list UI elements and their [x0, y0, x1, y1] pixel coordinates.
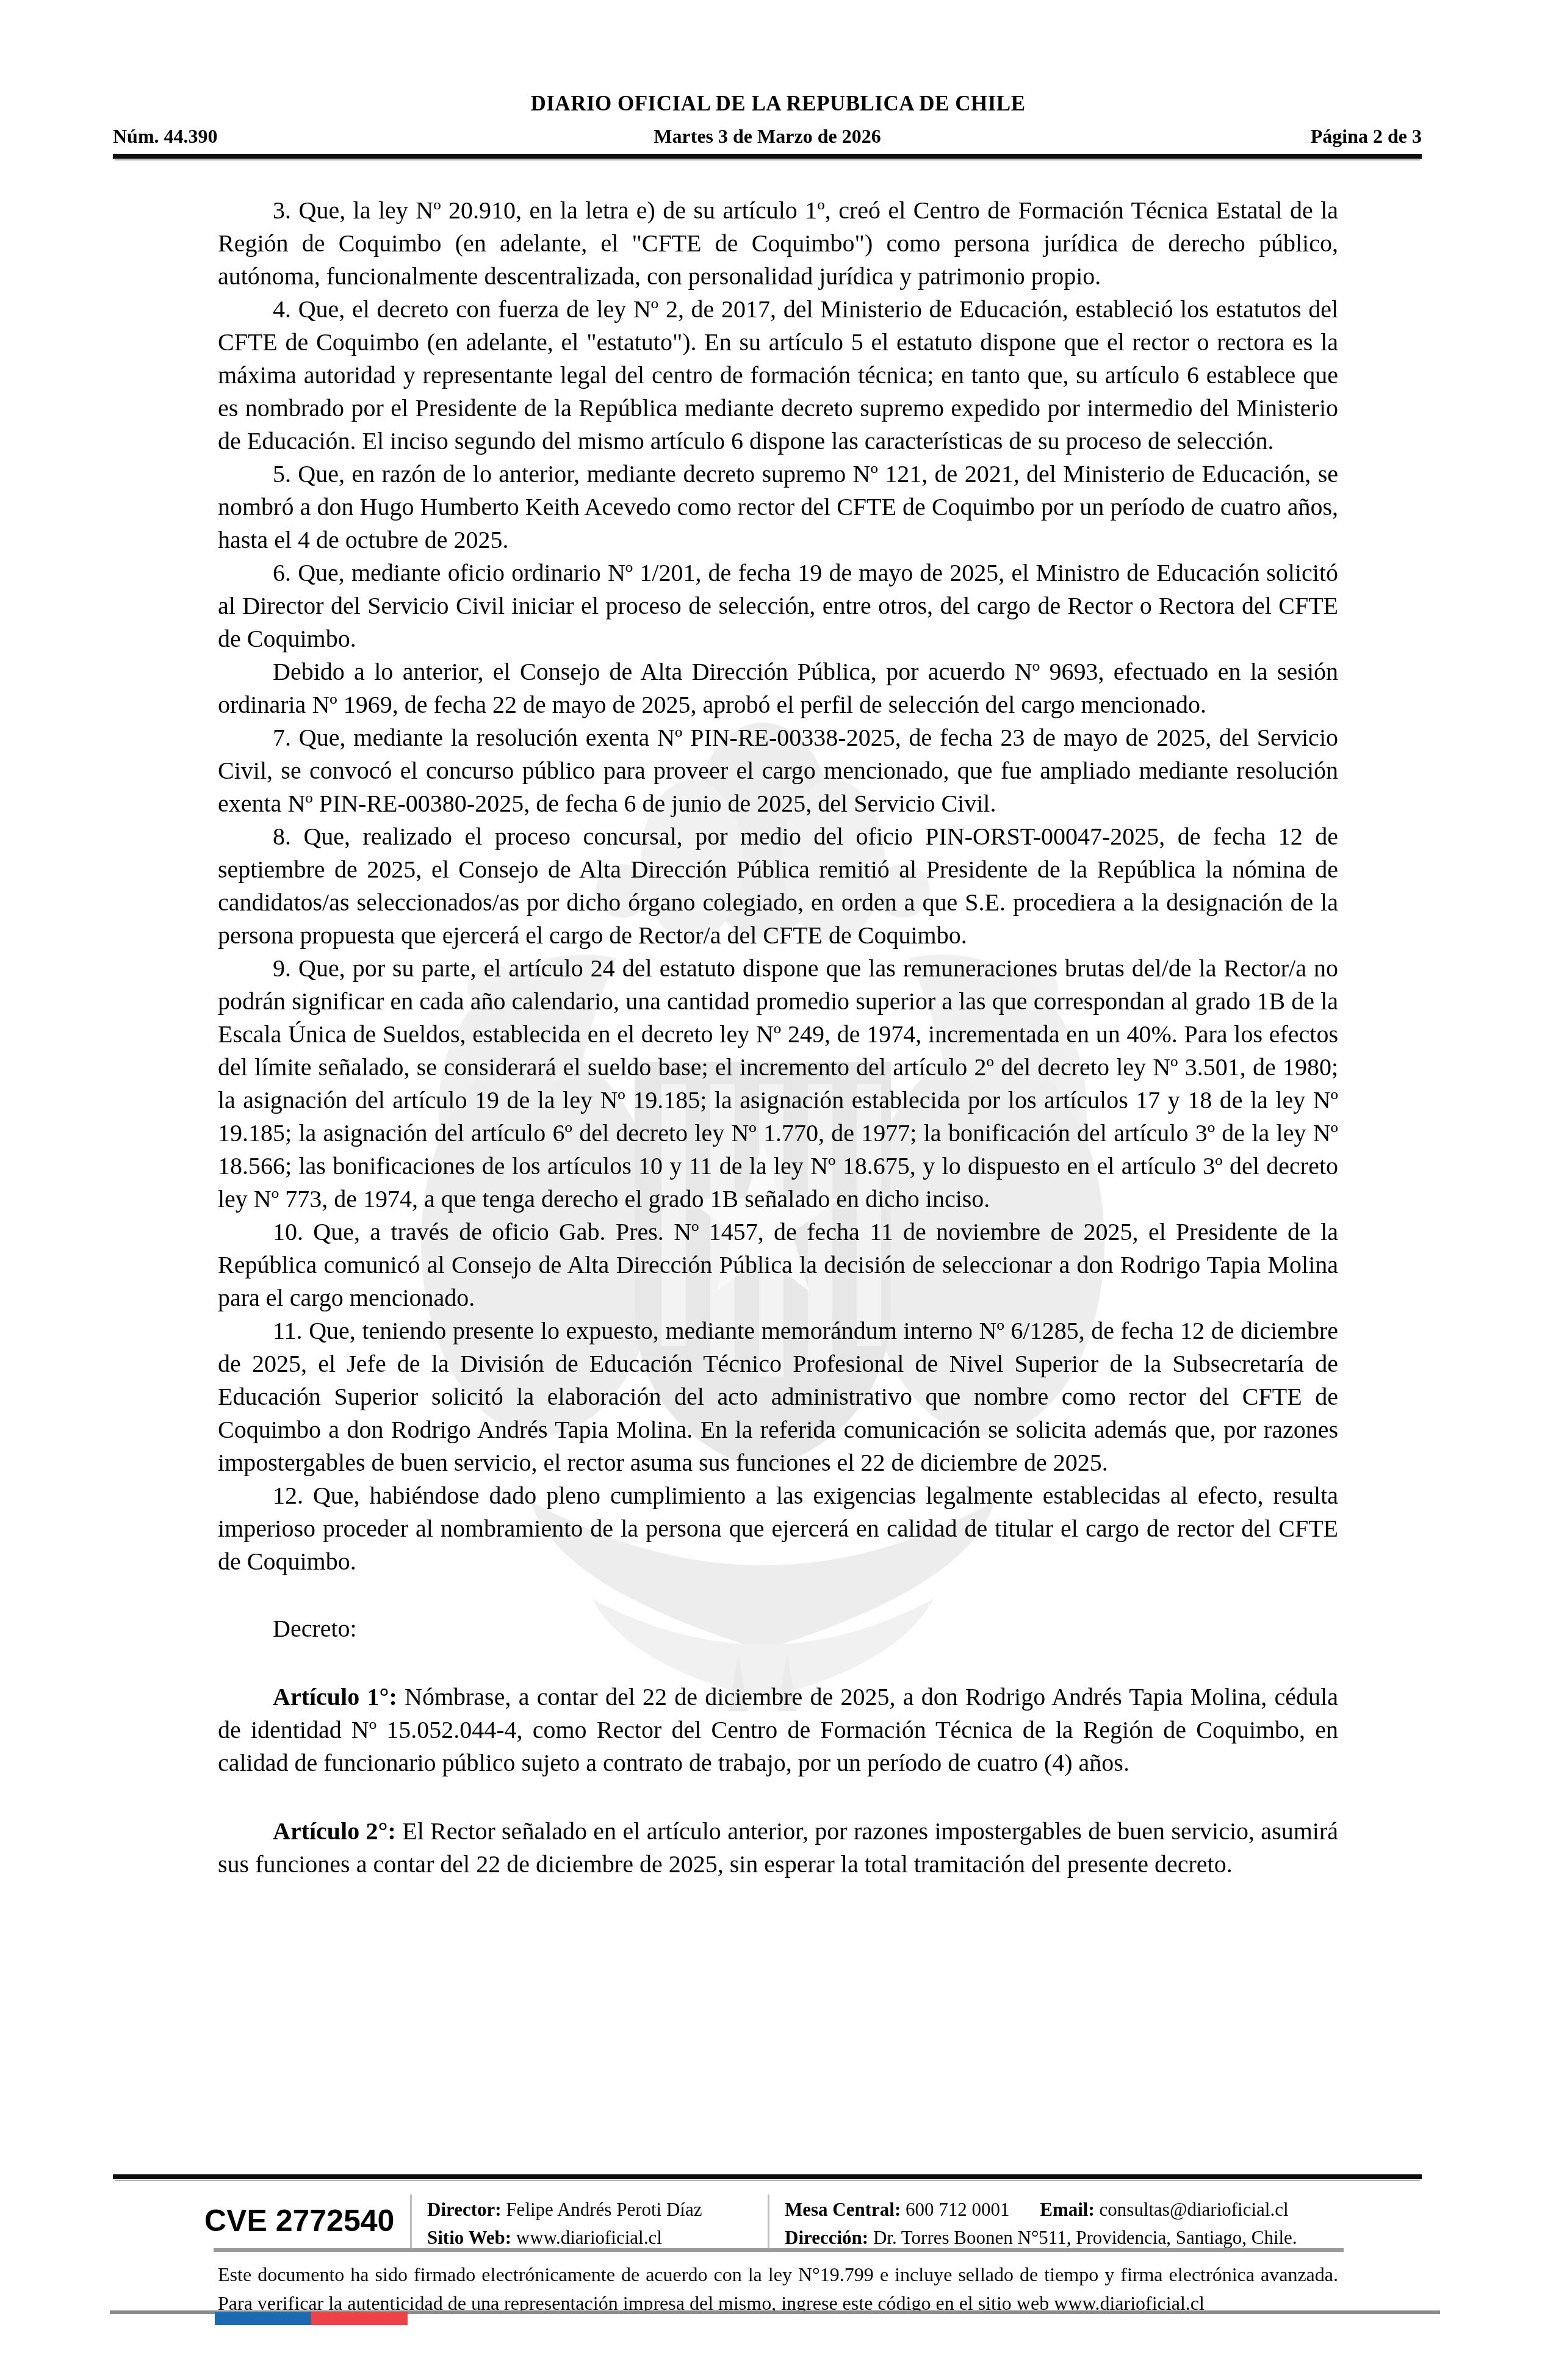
direccion-value: Dr. Torres Boonen N°511, Providencia, Sa…	[873, 2227, 1297, 2248]
email-value: consultas@diarioficial.cl	[1100, 2199, 1289, 2220]
mesa-central-label: Mesa Central:	[785, 2199, 901, 2220]
paragraph-8: 9. Que, por su parte, el artículo 24 del…	[218, 952, 1338, 1216]
paragraph-9: 10. Que, a través de oficio Gab. Pres. N…	[218, 1216, 1338, 1314]
articulo-label: Artículo 1°:	[273, 1683, 397, 1711]
header-meta-row: Núm. 44.390 Martes 3 de Marzo de 2026 Pá…	[113, 125, 1422, 150]
footer-contact-block: Mesa Central: 600 712 0001 Email: consul…	[785, 2196, 1297, 2252]
chile-flag-icon	[215, 2312, 408, 2325]
sitio-web-label: Sitio Web:	[427, 2227, 511, 2248]
document-body: 3. Que, la ley Nº 20.910, en la letra e)…	[218, 194, 1338, 1881]
mesa-central-value: 600 712 0001	[906, 2199, 1010, 2220]
email-label: Email:	[1040, 2199, 1095, 2220]
director-label: Director:	[427, 2199, 502, 2220]
flag-blue-band	[215, 2312, 311, 2325]
director-value: Felipe Andrés Peroti Díaz	[506, 2199, 702, 2220]
direccion-label: Dirección:	[785, 2227, 868, 2248]
paragraph-3: 5. Que, en razón de lo anterior, mediant…	[218, 458, 1338, 557]
paragraph-7: 8. Que, realizado el proceso concursal, …	[218, 820, 1338, 952]
paragraph-13: Artículo 1°: Nómbrase, a contar del 22 d…	[218, 1681, 1338, 1780]
cve-code: CVE 2772540	[204, 2203, 394, 2238]
footer-rule	[113, 2174, 1422, 2179]
paragraph-11: 12. Que, habiéndose dado pleno cumplimie…	[218, 1479, 1338, 1578]
paragraph-10: 11. Que, teniendo presente lo expuesto, …	[218, 1314, 1338, 1479]
page-indicator: Página 2 de 3	[1311, 125, 1422, 148]
paragraph-5: Debido a lo anterior, el Consejo de Alta…	[218, 655, 1338, 721]
paragraph-1: 3. Que, la ley Nº 20.910, en la letra e)…	[218, 194, 1338, 293]
director-line: Director: Felipe Andrés Peroti Díaz	[427, 2196, 702, 2224]
footer-divider-2	[768, 2194, 769, 2252]
paragraph-4: 6. Que, mediante oficio ordinario Nº 1/2…	[218, 557, 1338, 655]
sitio-web-value: www.diarioficial.cl	[516, 2227, 662, 2248]
header-rule	[113, 154, 1422, 159]
footer-inner-rule	[214, 2248, 1344, 2252]
footer-director-block: Director: Felipe Andrés Peroti Díaz Siti…	[427, 2196, 702, 2252]
document-page: DIARIO OFICIAL DE LA REPUBLICA DE CHILE …	[0, 0, 1556, 2380]
paragraph-14: Artículo 2°: El Rector señalado en el ar…	[218, 1815, 1338, 1881]
mesa-central-line: Mesa Central: 600 712 0001 Email: consul…	[785, 2196, 1297, 2224]
footer-divider-1	[410, 2194, 412, 2252]
issue-date: Martes 3 de Marzo de 2026	[113, 125, 1422, 148]
flag-red-band	[311, 2312, 408, 2325]
masthead-title: DIARIO OFICIAL DE LA REPUBLICA DE CHILE	[0, 92, 1556, 116]
articulo-label: Artículo 2°:	[273, 1817, 396, 1845]
paragraph-12: Decreto:	[218, 1612, 1338, 1645]
paragraph-2: 4. Que, el decreto con fuerza de ley Nº …	[218, 293, 1338, 458]
legal-notice: Este documento ha sido firmado electróni…	[218, 2260, 1338, 2318]
paragraph-6: 7. Que, mediante la resolución exenta Nº…	[218, 721, 1338, 820]
